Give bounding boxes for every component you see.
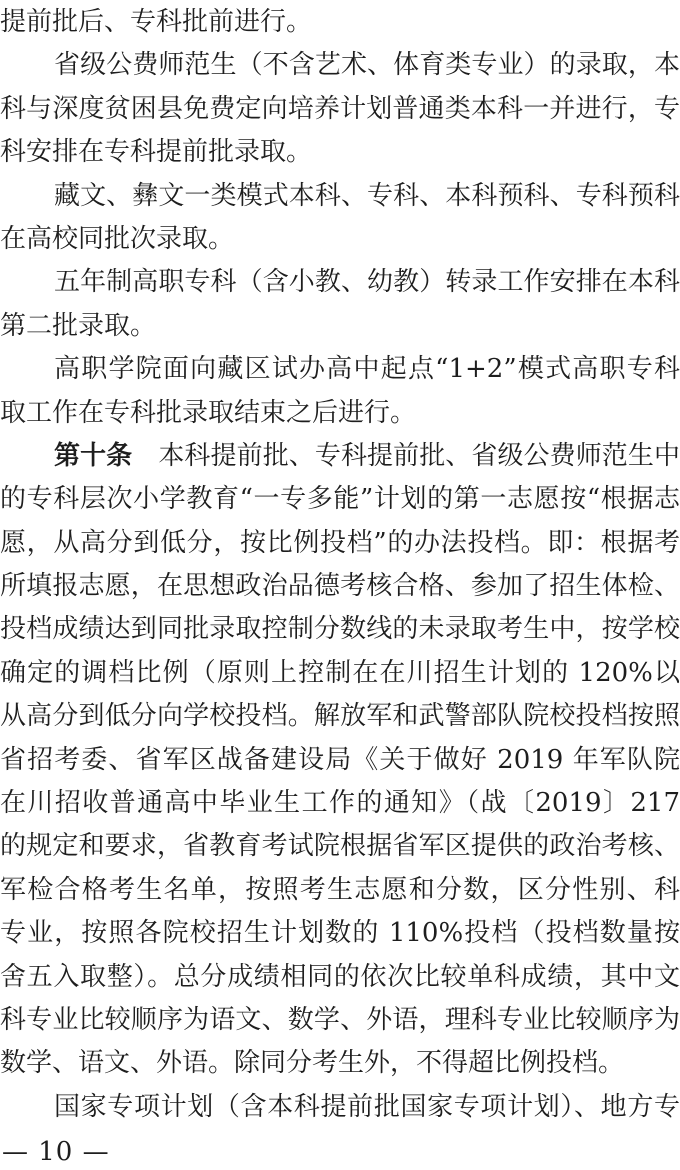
text-line: 五年制高职专科（含小教、幼教）转录工作安排在本科	[0, 261, 680, 304]
page-number: — 10 —	[2, 1137, 110, 1167]
text-line: 高职学院面向藏区试办高中起点“1+2”模式高职专科录	[0, 348, 680, 391]
text-line: 科与深度贫困县免费定向培养计划普通类本科一并进行，专	[0, 88, 680, 131]
article-number-term: 第十条	[54, 441, 132, 471]
text-line: 专业，按照各院校招生计划数的 110%投档（投档数量按四	[0, 912, 680, 955]
text-line: 愿，从高分到低分，按比例投档”的办法投档。即：根据考生	[0, 522, 680, 565]
text-line: 的专科层次小学教育“一专多能”计划的第一志愿按“根据志	[0, 478, 680, 521]
text-line: 科专业比较顺序为语文、数学、外语，理科专业比较顺序为	[0, 999, 680, 1042]
text-line: 舍五入取整）。总分成绩相同的依次比较单科成绩，其中文	[0, 956, 680, 999]
document-body: 提前批后、专科批前进行。 省级公费师范生（不含艺术、体育类专业）的录取，本 科与…	[0, 1, 680, 1129]
text-line: 投档成绩达到同批录取控制分数线的未录取考生中，按学校	[0, 608, 680, 651]
text-line: 从高分到低分向学校投档。解放军和武警部队院校投档按照	[0, 695, 680, 738]
term-gap	[132, 463, 158, 464]
text-line: 的规定和要求，省教育考试院根据省军区提供的政治考核、	[0, 825, 680, 868]
text-line: 所填报志愿，在思想政治品德考核合格、参加了招生体检、	[0, 565, 680, 608]
text-line: 确定的调档比例（原则上控制在在川招生计划的 120%以内）	[0, 652, 680, 695]
text-line: 在高校同批次录取。	[0, 218, 680, 261]
text-line: 科安排在专科提前批录取。	[0, 131, 680, 174]
text-line: 省级公费师范生（不含艺术、体育类专业）的录取，本	[0, 44, 680, 87]
text-line: 数学、语文、外语。除同分考生外，不得超比例投档。	[0, 1042, 680, 1085]
text-line: 在川招收普通高中毕业生工作的通知》（战〔2019〕217 号）	[0, 782, 680, 825]
text-line: 省招考委、省军区战备建设局《关于做好 2019 年军队院校	[0, 739, 680, 782]
document-page: 提前批后、专科批前进行。 省级公费师范生（不含艺术、体育类专业）的录取，本 科与…	[0, 0, 680, 1170]
text-line: 提前批后、专科批前进行。	[0, 1, 680, 44]
text-line-article-heading: 第十条本科提前批、专科提前批、省级公费师范生中	[0, 435, 680, 478]
text-line: 取工作在专科批录取结束之后进行。	[0, 392, 680, 435]
text-line: 国家专项计划（含本科提前批国家专项计划）、地方专	[0, 1086, 680, 1129]
text-line: 军检合格考生名单，按照考生志愿和分数，区分性别、科类、	[0, 869, 680, 912]
article-lead-text: 本科提前批、专科提前批、省级公费师范生中	[158, 441, 680, 471]
text-line: 第二批录取。	[0, 305, 680, 348]
text-line: 藏文、彝文一类模式本科、专科、本科预科、专科预科	[0, 175, 680, 218]
